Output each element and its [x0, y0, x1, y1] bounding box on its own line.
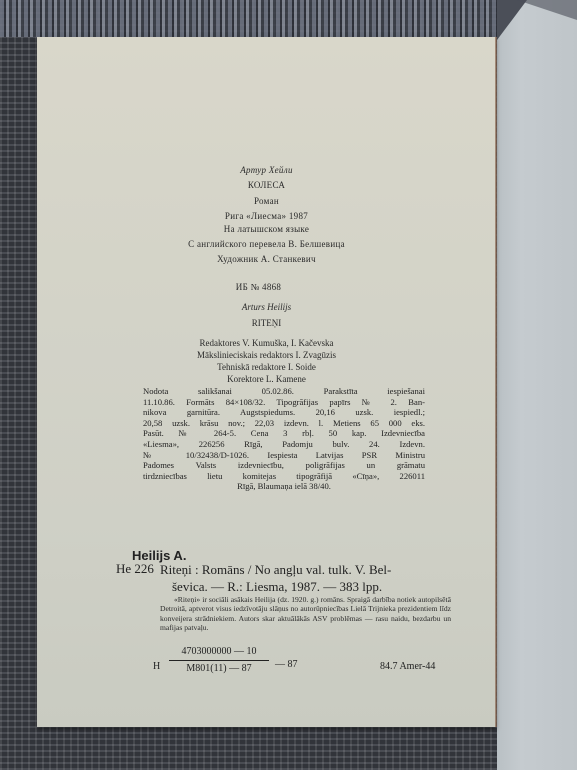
biblio-line: ševica. — R.: Liesma, 1987. — 383 lpp.	[160, 578, 453, 595]
imprint-line: tirdzniecības lietu komitejas tipogrāfij…	[143, 471, 425, 482]
lv-credit: Korektore L. Kamene	[37, 374, 496, 384]
biblio-code: He 226	[116, 561, 154, 577]
book-cover-edge	[497, 0, 577, 770]
imprint-line: 11.10.86. Formāts 84×108/32. Tipogrāfija…	[143, 397, 425, 408]
lv-title: RITEŅI	[37, 318, 496, 328]
annotation: «Riteņi» ir sociāli asākais Heilija (dz.…	[160, 595, 451, 632]
index-letter: H	[153, 661, 160, 672]
biblio-line: Riteņi : Romāns / No angļu val. tulk. V.…	[160, 561, 453, 578]
imprint-line: Padomes Valsts izdevniecību, poligrāfija…	[143, 460, 425, 471]
price-fraction: 4703000000 — 10 M801(11) — 87	[169, 646, 269, 674]
ru-genre: Роман	[37, 196, 496, 206]
udc-code: 84.7 Amer-44	[380, 661, 435, 672]
ru-language-line: На латышском языке	[37, 224, 496, 234]
ru-publisher-line: Рига «Лиесма» 1987	[37, 211, 496, 221]
fraction-numerator: 4703000000 — 10	[169, 646, 269, 661]
lv-credit: Redaktores V. Kumuška, I. Kačevska	[37, 338, 496, 348]
imprint-block: Nodota salikšanai 05.02.86. Parakstīta i…	[143, 386, 425, 492]
fabric-background	[0, 0, 577, 37]
ru-translator-line: С английского перевела В. Белшевица	[37, 239, 496, 249]
fraction-suffix: — 87	[275, 659, 298, 670]
imprint-line: «Liesma», 226256 Rīgā, Padomju bulv. 24.…	[143, 439, 425, 450]
ib-number: ИБ № 4868	[29, 282, 488, 292]
annotation-text: «Riteņi» ir sociāli asākais Heilija (dz.…	[160, 595, 451, 632]
imprint-line: 20,58 uzsk. krāsu nov.; 22,03 izdevn. l.…	[143, 418, 425, 429]
imprint-line: nikova garnitūra. Augstspiedums. 20,16 u…	[143, 407, 425, 418]
ru-author: Артур Хейли	[37, 165, 496, 175]
biblio-description: Riteņi : Romāns / No angļu val. tulk. V.…	[160, 561, 453, 595]
lv-credit: Mākslinieciskais redaktors I. Zvagūzis	[37, 350, 496, 360]
ru-title: КОЛЕСА	[37, 180, 496, 190]
lv-author: Arturs Heilijs	[37, 302, 496, 312]
ru-artist-line: Художник А. Станкевич	[37, 254, 496, 264]
imprint-line: Nodota salikšanai 05.02.86. Parakstīta i…	[143, 386, 425, 397]
book-page: Артур Хейли КОЛЕСА Роман Рига «Лиесма» 1…	[37, 37, 496, 727]
fraction-denominator: M801(11) — 87	[169, 661, 269, 674]
imprint-line: Pasūt. № 264-5. Cena 3 rbļ. 50 kap. Izde…	[143, 428, 425, 439]
imprint-line: Rīgā, Blaumaņa ielā 38/40.	[143, 481, 425, 492]
imprint-line: № 10/32438/D-1026. Iespiesta Latvijas PS…	[143, 450, 425, 461]
lv-credit: Tehniskā redaktore I. Soide	[37, 362, 496, 372]
